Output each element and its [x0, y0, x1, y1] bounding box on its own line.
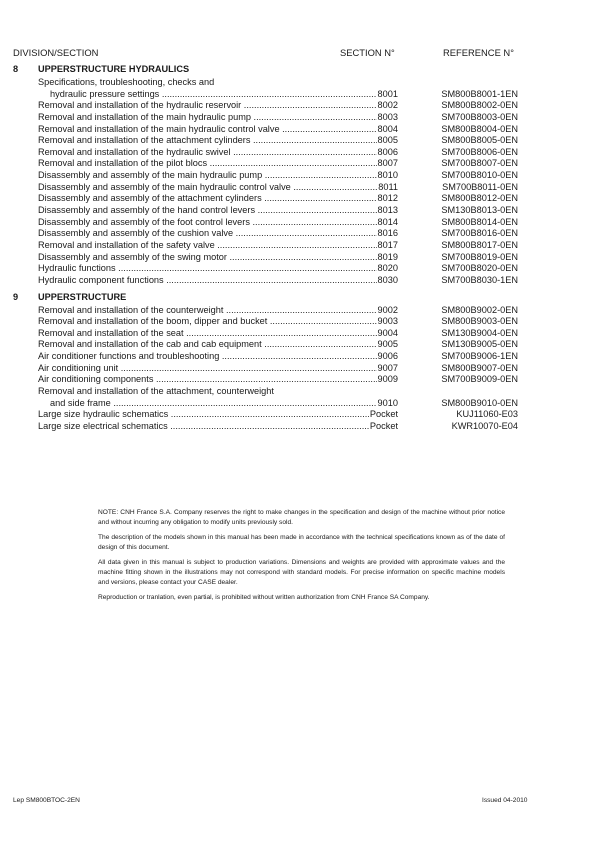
toc-entry-title: Removal and installation of the seat: [38, 328, 398, 340]
toc-entry-section-number: 8013: [377, 205, 398, 217]
toc-entry[interactable]: Disassembly and assembly of the main hyd…: [0, 170, 595, 182]
toc-entry-reference: SM800B8017-0EN: [434, 240, 518, 252]
toc-entry-reference: SM800B8004-0EN: [434, 124, 518, 136]
toc-entry[interactable]: Air conditioning components9009SM700B900…: [0, 374, 595, 386]
toc-entry-title: Large size hydraulic schematics: [38, 409, 398, 421]
toc-entry-section-number: 8017: [377, 240, 398, 252]
toc-entry-reference: SM700B8020-0EN: [434, 263, 518, 275]
toc-entry-reference: SM700B8030-1EN: [434, 275, 518, 287]
toc-entry[interactable]: Air conditioner functions and troublesho…: [0, 351, 595, 363]
toc-entry-title: Air conditioning components: [38, 374, 398, 386]
toc-entry-section-number: 9005: [377, 339, 398, 351]
toc-entry-title: Removal and installation of the hydrauli…: [38, 100, 398, 112]
toc-entry-title: Disassembly and assembly of the hand con…: [38, 205, 398, 217]
toc-entry-title: Hydraulic component functions: [38, 275, 398, 287]
toc-entry-section-number: 9002: [377, 305, 398, 317]
toc-entry-section-number: 9010: [377, 398, 398, 410]
column-header-division: DIVISION/SECTION: [13, 47, 98, 58]
column-header-reference: REFERENCE N°: [443, 47, 514, 58]
toc-entry-section-number: 9006: [377, 351, 398, 363]
toc-entry-reference: KUJ11060-E03: [434, 409, 518, 421]
toc-entry-title: Removal and installation of the safety v…: [38, 240, 398, 252]
toc-entry-title: Specifications, troubleshooting, checks …: [38, 77, 398, 89]
toc-entry[interactable]: Large size hydraulic schematicsPocketKUJ…: [0, 409, 595, 421]
toc-entry-reference: SM130B9005-0EN: [434, 339, 518, 351]
toc-entry-reference: KWR10070-E04: [434, 421, 518, 433]
toc-entry-section-number: 8030: [377, 275, 398, 287]
toc-entry-title: Removal and installation of the attachme…: [38, 386, 398, 398]
toc-entry-section-number: 8011: [377, 182, 398, 194]
toc-entry[interactable]: Large size electrical schematicsPocketKW…: [0, 421, 595, 433]
toc-entry[interactable]: Removal and installation of the main hyd…: [0, 112, 595, 124]
toc-entry[interactable]: Removal and installation of the boom, di…: [0, 316, 595, 328]
toc-entry[interactable]: Hydraulic functions8020SM700B8020-0EN: [0, 263, 595, 275]
toc-entry-section-number: 8014: [377, 217, 398, 229]
toc-entry-title: Disassembly and assembly of the cushion …: [38, 228, 398, 240]
toc-entry-title: Disassembly and assembly of the attachme…: [38, 193, 398, 205]
note-paragraph: NOTE: CNH France S.A. Company reserves t…: [98, 508, 505, 528]
section-title: UPPERSTRUCTURE: [38, 292, 126, 302]
toc-entry-title: Disassembly and assembly of the main hyd…: [38, 182, 398, 194]
toc-entry-section-number: 8012: [377, 193, 398, 205]
toc-entry[interactable]: Removal and installation of the pilot bl…: [0, 158, 595, 170]
toc-entry-reference: SM700B9009-0EN: [434, 374, 518, 386]
toc-entry-reference: SM700B8016-0EN: [434, 228, 518, 240]
footer-issue-date: Issued 04-2010: [482, 797, 527, 804]
toc-entry-section-number: 9007: [377, 363, 398, 375]
toc-entry-section-number: 8002: [377, 100, 398, 112]
toc-entry-section-number: 8010: [377, 170, 398, 182]
toc-entry[interactable]: Removal and installation of the safety v…: [0, 240, 595, 252]
toc-entry-reference: SM800B8001-1EN: [434, 89, 518, 101]
toc-entry[interactable]: Disassembly and assembly of the main hyd…: [0, 182, 595, 194]
toc-entry[interactable]: Disassembly and assembly of the foot con…: [0, 217, 595, 229]
toc-entry-title: and side frame: [50, 398, 398, 410]
note-paragraph: The description of the models shown in t…: [98, 533, 505, 553]
toc-entry-section-number: 8020: [377, 263, 398, 275]
toc-entry[interactable]: Removal and installation of the hydrauli…: [0, 100, 595, 112]
toc-entry-title: Removal and installation of the boom, di…: [38, 316, 398, 328]
toc-entry-reference: SM130B9004-0EN: [434, 328, 518, 340]
toc-entry[interactable]: Hydraulic component functions8030SM700B8…: [0, 275, 595, 287]
toc-entry-reference: SM700B8019-0EN: [434, 252, 518, 264]
toc-entry-reference: SM700B8003-0EN: [434, 112, 518, 124]
section-heading: 8UPPERSTRUCTURE HYDRAULICS: [0, 64, 595, 77]
toc-entry[interactable]: Removal and installation of the seat9004…: [0, 328, 595, 340]
toc-entry[interactable]: and side frame9010SM800B9010-0EN: [0, 398, 595, 410]
toc-entry-reference: SM800B8005-0EN: [434, 135, 518, 147]
toc-entry-title: Air conditioner functions and troublesho…: [38, 351, 398, 363]
toc-entry-title: Removal and installation of the attachme…: [38, 135, 398, 147]
toc-entry-title: Large size electrical schematics: [38, 421, 398, 433]
toc-entry-section-number: 8019: [377, 252, 398, 264]
toc-entry-reference: SM800B8002-0EN: [434, 100, 518, 112]
legal-notes: NOTE: CNH France S.A. Company reserves t…: [98, 508, 505, 608]
toc-entry-title: Removal and installation of the main hyd…: [38, 112, 398, 124]
note-paragraph: All data given in this manual is subject…: [98, 558, 505, 588]
toc-entry-reference: SM700B9006-1EN: [434, 351, 518, 363]
section-heading: 9UPPERSTRUCTURE: [0, 292, 595, 305]
note-paragraph: Reproduction or tranlation, even partial…: [98, 593, 505, 603]
toc-entry-reference: SM700B8006-0EN: [434, 147, 518, 159]
toc-entry-title: Removal and installation of the hydrauli…: [38, 147, 398, 159]
toc-entry-title: Hydraulic functions: [38, 263, 398, 275]
toc-entry-title: Removal and installation of the pilot bl…: [38, 158, 398, 170]
toc-entry[interactable]: Disassembly and assembly of the swing mo…: [0, 252, 595, 264]
toc-entry[interactable]: Specifications, troubleshooting, checks …: [0, 77, 595, 89]
toc-entry[interactable]: Removal and installation of the attachme…: [0, 135, 595, 147]
section-number: 8: [13, 64, 18, 74]
toc-entry[interactable]: Removal and installation of the counterw…: [0, 305, 595, 317]
toc-entry-reference: SM130B8013-0EN: [434, 205, 518, 217]
footer-document-ref: Lep SM800BTOC-2EN: [13, 797, 80, 804]
toc-entry-reference: SM700B8011-0EN: [434, 182, 518, 194]
toc-entry-reference: SM800B9003-0EN: [434, 316, 518, 328]
toc-entry-title: Air conditioning unit: [38, 363, 398, 375]
column-header-section: SECTION N°: [340, 47, 395, 58]
toc-entry[interactable]: Air conditioning unit9007SM800B9007-0EN: [0, 363, 595, 375]
toc-entry-title: Disassembly and assembly of the swing mo…: [38, 252, 398, 264]
table-of-contents: 8UPPERSTRUCTURE HYDRAULICSSpecifications…: [0, 64, 595, 438]
section-number: 9: [13, 292, 18, 302]
toc-entry[interactable]: Disassembly and assembly of the attachme…: [0, 193, 595, 205]
toc-entry-reference: SM800B9010-0EN: [434, 398, 518, 410]
toc-entry-reference: SM800B9002-0EN: [434, 305, 518, 317]
toc-entry-reference: SM800B9007-0EN: [434, 363, 518, 375]
toc-entry-section-number: 8001: [377, 89, 398, 101]
toc-entry-section-number: 8007: [377, 158, 398, 170]
toc-entry-title: Removal and installation of the cab and …: [38, 339, 398, 351]
toc-entry-section-number: 9009: [377, 374, 398, 386]
toc-entry-title: Disassembly and assembly of the foot con…: [38, 217, 398, 229]
toc-entry-section-number: Pocket: [369, 409, 398, 421]
toc-entry[interactable]: Removal and installation of the cab and …: [0, 339, 595, 351]
toc-entry-reference: SM700B8007-0EN: [434, 158, 518, 170]
toc-entry-section-number: 8003: [377, 112, 398, 124]
toc-entry-title: Removal and installation of the main hyd…: [38, 124, 398, 136]
toc-entry[interactable]: hydraulic pressure settings8001SM800B800…: [0, 89, 595, 101]
toc-entry[interactable]: Removal and installation of the main hyd…: [0, 124, 595, 136]
toc-entry-section-number: 8016: [377, 228, 398, 240]
toc-entry-reference: SM800B8014-0EN: [434, 217, 518, 229]
toc-entry[interactable]: Disassembly and assembly of the hand con…: [0, 205, 595, 217]
toc-entry-section-number: 9003: [377, 316, 398, 328]
section-title: UPPERSTRUCTURE HYDRAULICS: [38, 64, 189, 74]
toc-entry-section-number: 8005: [377, 135, 398, 147]
toc-entry-title: hydraulic pressure settings: [50, 89, 398, 101]
toc-entry[interactable]: Removal and installation of the attachme…: [0, 386, 595, 398]
toc-entry-section-number: 8004: [377, 124, 398, 136]
toc-entry-section-number: 8006: [377, 147, 398, 159]
toc-entry-title: Disassembly and assembly of the main hyd…: [38, 170, 398, 182]
toc-entry-reference: SM800B8012-0EN: [434, 193, 518, 205]
toc-entry[interactable]: Removal and installation of the hydrauli…: [0, 147, 595, 159]
toc-entry-section-number: Pocket: [369, 421, 398, 433]
toc-entry-title: Removal and installation of the counterw…: [38, 305, 398, 317]
toc-entry-reference: SM700B8010-0EN: [434, 170, 518, 182]
toc-entry-section-number: 9004: [377, 328, 398, 340]
toc-entry[interactable]: Disassembly and assembly of the cushion …: [0, 228, 595, 240]
